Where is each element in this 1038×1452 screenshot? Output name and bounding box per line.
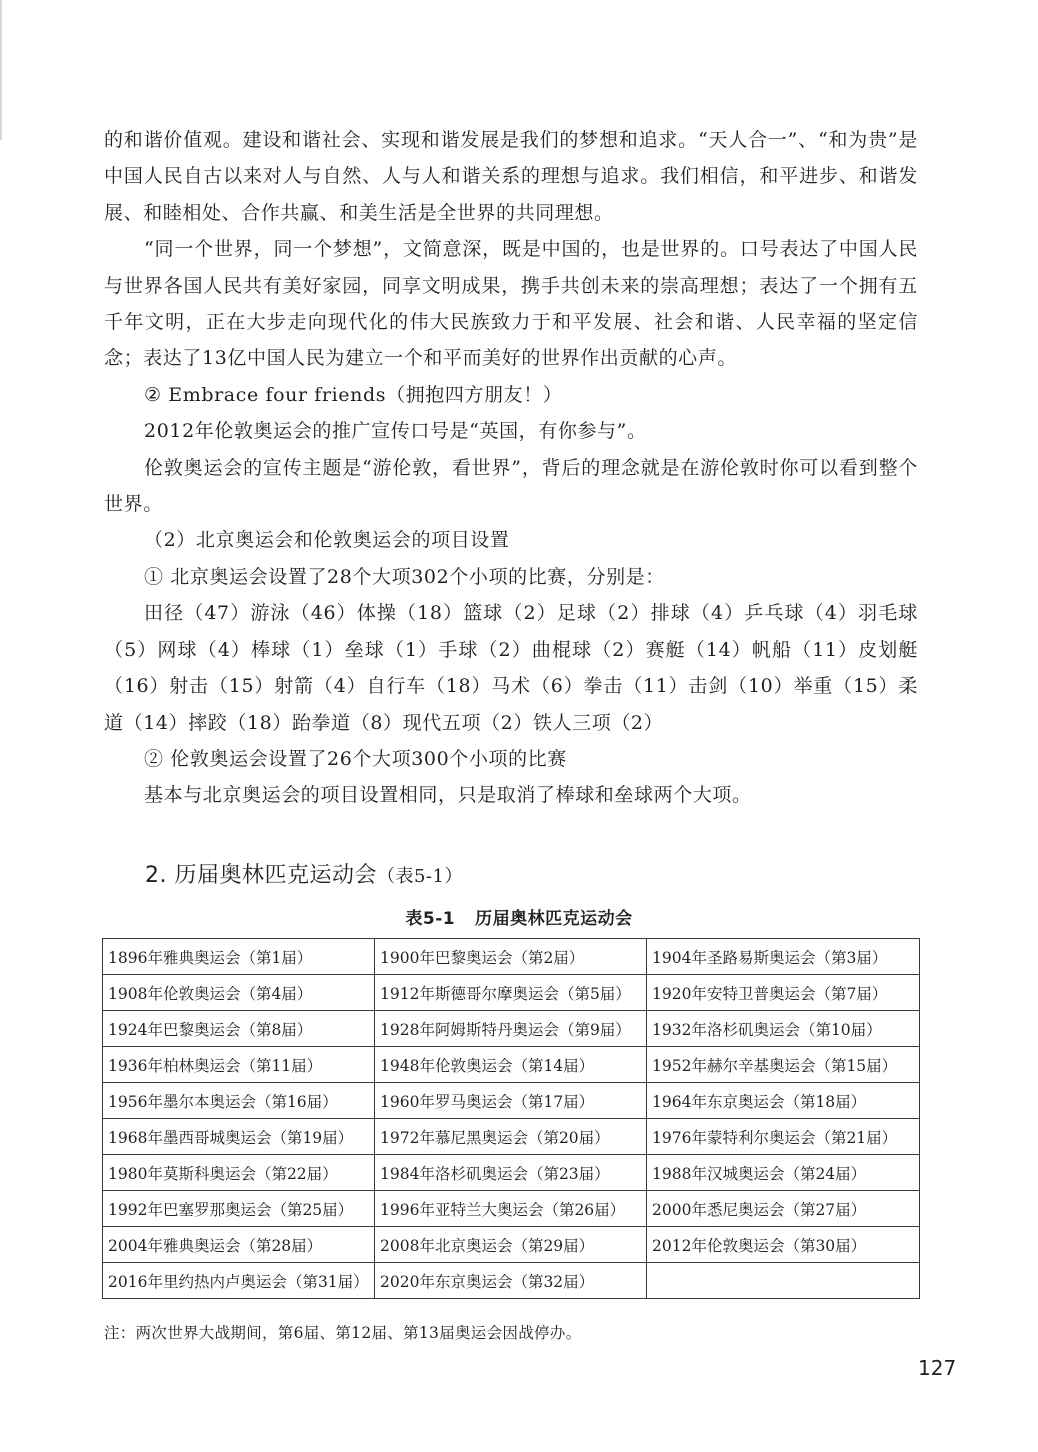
table-cell: 1976年蒙特利尔奥运会（第21届） — [647, 1119, 920, 1155]
table-cell: 1900年巴黎奥运会（第2届） — [375, 939, 647, 975]
table-cell: 1920年安特卫普奥运会（第7届） — [647, 975, 920, 1011]
table-cell: 1932年洛杉矶奥运会（第10届） — [647, 1011, 920, 1047]
table-cell: 1980年莫斯科奥运会（第22届） — [103, 1155, 375, 1191]
table-row: 2004年雅典奥运会（第28届）2008年北京奥运会（第29届）2012年伦敦奥… — [103, 1227, 920, 1263]
table-cell: 2004年雅典奥运会（第28届） — [103, 1227, 375, 1263]
olympics-table: 1896年雅典奥运会（第1届）1900年巴黎奥运会（第2届）1904年圣路易斯奥… — [102, 938, 920, 1299]
section-table-ref: （表5-1） — [377, 866, 463, 887]
table-note: 注：两次世界大战期间，第6届、第12届、第13届奥运会因战停办。 — [104, 1321, 581, 1343]
table-cell: 1948年伦敦奥运会（第14届） — [375, 1047, 647, 1083]
paragraph-embrace-four-friends: ② Embrace four friends（拥抱四方朋友！） — [104, 377, 918, 413]
table-cell: 1896年雅典奥运会（第1届） — [103, 939, 375, 975]
table-cell — [647, 1263, 920, 1299]
table-row: 1956年墨尔本奥运会（第16届）1960年罗马奥运会（第17届）1964年东京… — [103, 1083, 920, 1119]
section-heading: 2. 历届奥林匹克运动会（表5-1） — [145, 858, 463, 889]
table-cell: 1904年圣路易斯奥运会（第3届） — [647, 939, 920, 975]
table-cell: 1956年墨尔本奥运会（第16届） — [103, 1083, 375, 1119]
paragraph-london-theme: 伦敦奥运会的宣传主题是“游伦敦，看世界”，背后的理念就是在游伦敦时你可以看到整个… — [104, 450, 918, 523]
table-row: 1968年墨西哥城奥运会（第19届）1972年慕尼黑奥运会（第20届）1976年… — [103, 1119, 920, 1155]
table-row: 1908年伦敦奥运会（第4届）1912年斯德哥尔摩奥运会（第5届）1920年安特… — [103, 975, 920, 1011]
table-caption: 表5-1历届奥林匹克运动会 — [0, 904, 1038, 929]
page-number: 127 — [918, 1356, 956, 1380]
table-row: 1896年雅典奥运会（第1届）1900年巴黎奥运会（第2届）1904年圣路易斯奥… — [103, 939, 920, 975]
table-cell: 1924年巴黎奥运会（第8届） — [103, 1011, 375, 1047]
table-cell: 1992年巴塞罗那奥运会（第25届） — [103, 1191, 375, 1227]
table-cell: 2008年北京奥运会（第29届） — [375, 1227, 647, 1263]
paragraph-beijing-events-intro: ① 北京奥运会设置了28个大项302个小项的比赛，分别是： — [104, 559, 918, 595]
paragraph-beijing-events-list: 田径（47）游泳（46）体操（18）篮球（2）足球（2）排球（4）乒乓球（4）羽… — [104, 595, 918, 741]
table-cell: 2000年悉尼奥运会（第27届） — [647, 1191, 920, 1227]
table-row: 1980年莫斯科奥运会（第22届）1984年洛杉矶奥运会（第23届）1988年汉… — [103, 1155, 920, 1191]
section-title: 2. 历届奥林匹克运动会 — [145, 863, 377, 888]
table-row: 1936年柏林奥运会（第11届）1948年伦敦奥运会（第14届）1952年赫尔辛… — [103, 1047, 920, 1083]
table-cell: 1988年汉城奥运会（第24届） — [647, 1155, 920, 1191]
paragraph-london-slogan: 2012年伦敦奥运会的推广宣传口号是“英国，有你参与”。 — [104, 413, 918, 449]
body-text: 的和谐价值观。建设和谐社会、实现和谐发展是我们的梦想和追求。“天人合一”、“和为… — [104, 122, 918, 814]
table-caption-title: 历届奥林匹克运动会 — [475, 909, 633, 929]
paragraph-harmony-values: 的和谐价值观。建设和谐社会、实现和谐发展是我们的梦想和追求。“天人合一”、“和为… — [104, 122, 918, 231]
table-row: 1992年巴塞罗那奥运会（第25届）1996年亚特兰大奥运会（第26届）2000… — [103, 1191, 920, 1227]
table-caption-number: 表5-1 — [405, 909, 455, 929]
table-cell: 2012年伦敦奥运会（第30届） — [647, 1227, 920, 1263]
paragraph-london-events-intro: ② 伦敦奥运会设置了26个大项300个小项的比赛 — [104, 741, 918, 777]
table-cell: 1936年柏林奥运会（第11届） — [103, 1047, 375, 1083]
table-cell: 1996年亚特兰大奥运会（第26届） — [375, 1191, 647, 1227]
table-cell: 1972年慕尼黑奥运会（第20届） — [375, 1119, 647, 1155]
table-cell: 1968年墨西哥城奥运会（第19届） — [103, 1119, 375, 1155]
table-cell: 1984年洛杉矶奥运会（第23届） — [375, 1155, 647, 1191]
table-cell: 1964年东京奥运会（第18届） — [647, 1083, 920, 1119]
table-cell: 2020年东京奥运会（第32届） — [375, 1263, 647, 1299]
table-cell: 1912年斯德哥尔摩奥运会（第5届） — [375, 975, 647, 1011]
table-cell: 1960年罗马奥运会（第17届） — [375, 1083, 647, 1119]
paragraph-event-settings-heading: （2）北京奥运会和伦敦奥运会的项目设置 — [104, 522, 918, 558]
table-cell: 2016年里约热内卢奥运会（第31届） — [103, 1263, 375, 1299]
table-cell: 1928年阿姆斯特丹奥运会（第9届） — [375, 1011, 647, 1047]
table-row: 1924年巴黎奥运会（第8届）1928年阿姆斯特丹奥运会（第9届）1932年洛杉… — [103, 1011, 920, 1047]
paragraph-london-events-detail: 基本与北京奥运会的项目设置相同，只是取消了棒球和垒球两个大项。 — [104, 777, 918, 813]
table-cell: 1952年赫尔辛基奥运会（第15届） — [647, 1047, 920, 1083]
page-edge-line — [0, 0, 2, 140]
table-row: 2016年里约热内卢奥运会（第31届）2020年东京奥运会（第32届） — [103, 1263, 920, 1299]
table-cell: 1908年伦敦奥运会（第4届） — [103, 975, 375, 1011]
paragraph-slogan-meaning: “同一个世界，同一个梦想”，文简意深，既是中国的，也是世界的。口号表达了中国人民… — [104, 231, 918, 377]
